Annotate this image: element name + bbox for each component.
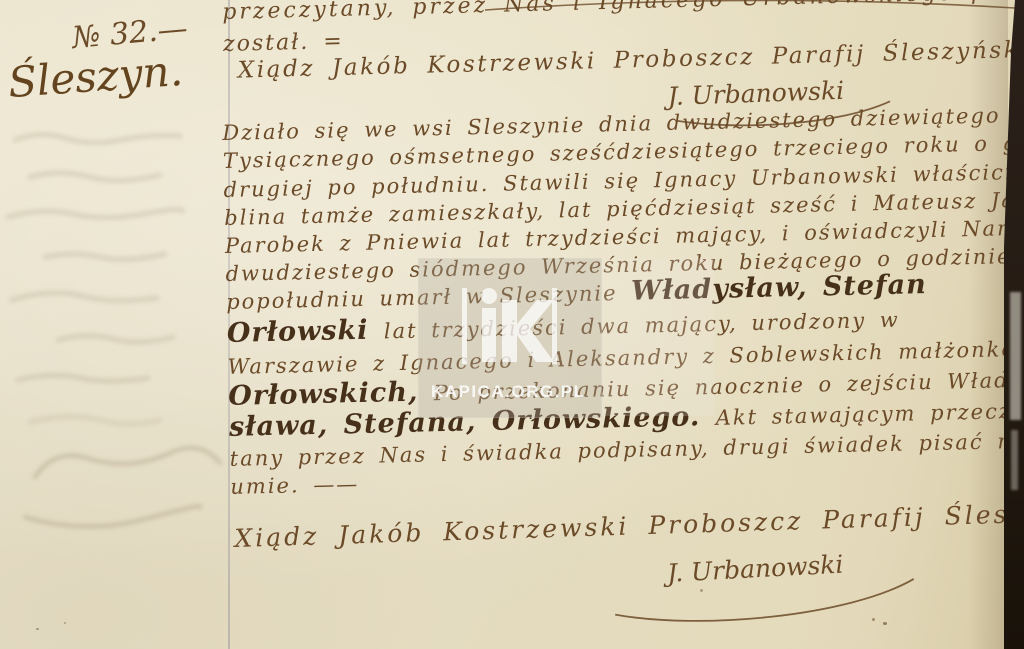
ink-speck xyxy=(700,589,703,592)
previous-record-block: przeczytany, przez Nas i Ignacego Urbano… xyxy=(222,0,1022,2)
watermark-site-text: KAPICA.ORG.PL xyxy=(431,382,586,402)
binding-wear-streak xyxy=(1010,292,1021,420)
ink-speck xyxy=(872,618,875,621)
margin-place-name: Śleszyn. xyxy=(7,46,185,107)
record-line: Xiądz Jakób Kostrzewski Proboszcz Parafi… xyxy=(238,37,1024,83)
closing-priest-line: Xiądz Jakób Kostrzewski Proboszcz Parafi… xyxy=(234,494,1024,553)
death-record-block: Działo się we wsi Sleszynie dnia dwudzie… xyxy=(222,100,1022,118)
record-line: został. = xyxy=(223,31,344,56)
record-line: umie. —— xyxy=(230,469,360,499)
watermark-haze xyxy=(600,258,714,416)
deceased-name-bold: Orłowskich, xyxy=(228,376,434,412)
watermark-panel: KAPICA.ORG.PL xyxy=(418,258,602,418)
document-page: № 32.— Śleszyn. przeczytany, przez Nas i… xyxy=(0,0,1024,649)
ink-speck xyxy=(36,628,39,630)
ink-speck xyxy=(883,622,887,625)
page-edge-shadow xyxy=(968,0,1008,649)
closing-signature: J. Urbanowski xyxy=(666,545,929,628)
binding-wear-streak xyxy=(1011,430,1018,490)
ink-speck xyxy=(64,622,66,624)
deceased-name-bold: Orłowski xyxy=(227,314,385,349)
bleedthrough-ghost-text xyxy=(0,122,222,562)
